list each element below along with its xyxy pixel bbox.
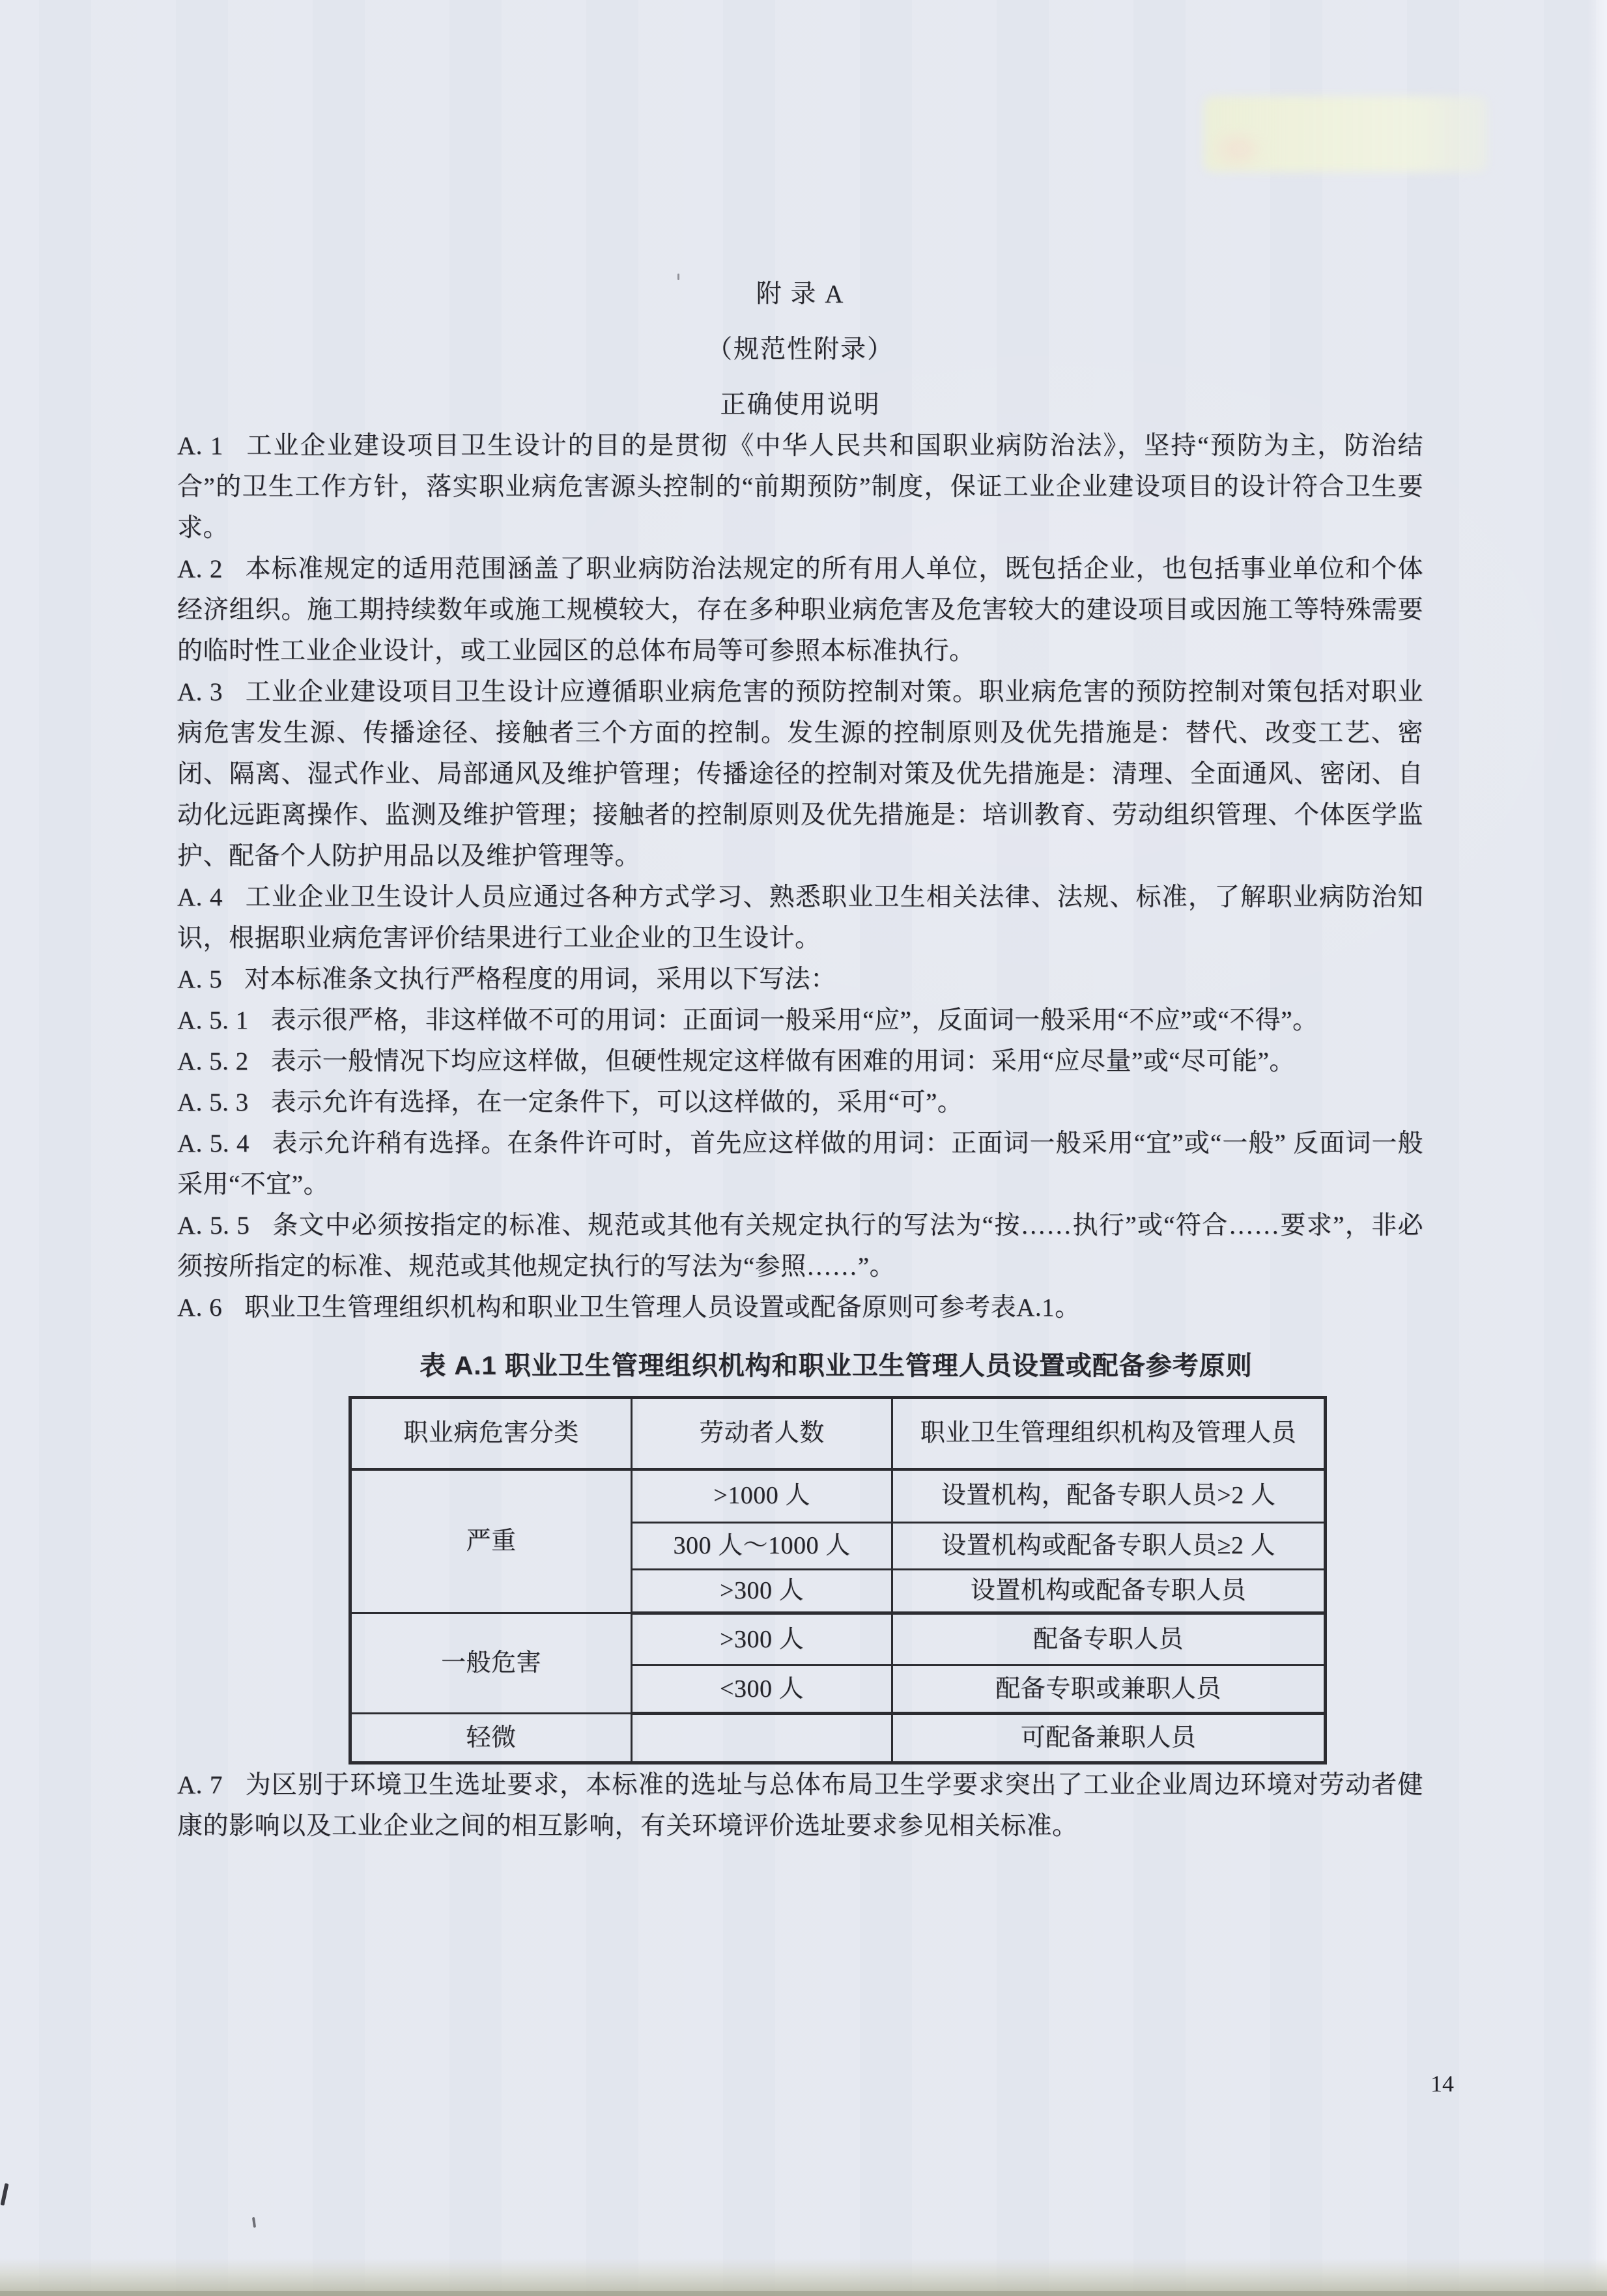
workers-cell: 300 人～1000 人 xyxy=(632,1523,892,1570)
section-a5-4: A. 5. 4表示允许稍有选择。在条件许可时，首先应这样做的用词：正面词一般采用… xyxy=(177,1123,1423,1205)
section-a5-1: A. 5. 1表示很严格，非这样做不可的用词：正面词一般采用“应”，反面词一般采… xyxy=(177,1000,1423,1041)
section-a5-3: A. 5. 3表示允许有选择，在一定条件下，可以这样做的，采用“可”。 xyxy=(177,1082,1423,1123)
section-a2-label: A. 2 xyxy=(177,555,223,583)
scan-speck xyxy=(252,2217,256,2228)
section-a5-4-text: 表示允许稍有选择。在条件许可时，首先应这样做的用词：正面词一般采用“宜”或“一般… xyxy=(177,1129,1423,1198)
section-a5-text: 对本标准条文执行严格程度的用词，采用以下写法： xyxy=(244,965,836,993)
section-a5-3-text: 表示允许有选择，在一定条件下，可以这样做的，采用“可”。 xyxy=(271,1088,963,1116)
workers-cell: >1000 人 xyxy=(632,1469,892,1523)
table-header-row: 职业病危害分类 劳动者人数 职业卫生管理组织机构及管理人员 xyxy=(350,1398,1326,1469)
section-a7-text: 为区别于环境卫生选址要求，本标准的选址与总体布局卫生学要求突出了工业企业周边环境… xyxy=(177,1771,1423,1840)
section-a4-text: 工业企业卫生设计人员应通过各种方式学习、熟悉职业卫生相关法律、法规、标准，了解职… xyxy=(177,883,1423,952)
section-a3-label: A. 3 xyxy=(177,678,223,706)
table-row: 轻微 可配备兼职人员 xyxy=(350,1714,1326,1763)
table-a1-title: 表 A.1 职业卫生管理组织机构和职业卫生管理人员设置或配备参考原则 xyxy=(348,1346,1324,1387)
section-a7: A. 7为区别于环境卫生选址要求，本标准的选址与总体布局卫生学要求突出了工业企业… xyxy=(177,1765,1423,1847)
section-a6: A. 6职业卫生管理组织机构和职业卫生管理人员设置或配备原则可参考表A.1。 xyxy=(177,1287,1423,1328)
section-a5-3-label: A. 5. 3 xyxy=(177,1088,249,1116)
scanned-document-page: 附 录 A （规范性附录） 正确使用说明 A. 1工业企业建设项目卫生设计的目的… xyxy=(0,0,1607,2296)
section-a7-label: A. 7 xyxy=(177,1771,223,1799)
workers-cell-empty xyxy=(632,1714,892,1763)
section-a3-text: 工业企业建设项目卫生设计应遵循职业病危害的预防控制对策。职业病危害的预防控制对策… xyxy=(177,678,1423,870)
section-a4-label: A. 4 xyxy=(177,883,223,911)
table-row: 严重 >1000 人 设置机构，配备专职人员>2 人 xyxy=(350,1469,1326,1523)
section-a5-1-label: A. 5. 1 xyxy=(177,1006,249,1034)
section-a3: A. 3工业企业建设项目卫生设计应遵循职业病危害的预防控制对策。职业病危害的预防… xyxy=(177,672,1423,877)
section-a1-text: 工业企业建设项目卫生设计的目的是贯彻《中华人民共和国职业病防治法》，坚持“预防为… xyxy=(177,432,1423,542)
section-a5-4-label: A. 5. 4 xyxy=(177,1129,249,1157)
scan-bottom-edge xyxy=(0,2291,1607,2296)
scan-right-edge xyxy=(1587,0,1607,2296)
org-cell: 配备专职人员 xyxy=(892,1613,1326,1665)
table-a1: 职业病危害分类 劳动者人数 职业卫生管理组织机构及管理人员 严重 >1000 人… xyxy=(348,1396,1327,1765)
page-number: 14 xyxy=(1430,2070,1454,2097)
section-a4: A. 4工业企业卫生设计人员应通过各种方式学习、熟悉职业卫生相关法律、法规、标准… xyxy=(177,877,1423,959)
table-row: 一般危害 >300 人 配备专职人员 xyxy=(350,1613,1326,1665)
org-cell: 设置机构或配备专职人员 xyxy=(892,1570,1326,1613)
category-general-cell: 一般危害 xyxy=(350,1613,632,1714)
workers-cell: >300 人 xyxy=(632,1570,892,1613)
section-a2-text: 本标准规定的适用范围涵盖了职业病防治法规定的所有用人单位，既包括企业，也包括事业… xyxy=(177,555,1423,665)
section-a5-2-label: A. 5. 2 xyxy=(177,1047,249,1075)
section-a2: A. 2本标准规定的适用范围涵盖了职业病防治法规定的所有用人单位，既包括企业，也… xyxy=(177,548,1423,672)
table-header-workers: 劳动者人数 xyxy=(632,1398,892,1469)
section-a1-label: A. 1 xyxy=(177,432,223,460)
workers-cell: >300 人 xyxy=(632,1613,892,1665)
highlighter-smudge xyxy=(1204,96,1488,172)
section-a5-5-text: 条文中必须按指定的标准、规范或其他有关规定执行的写法为“按……执行”或“符合……… xyxy=(177,1212,1423,1281)
section-a5-5: A. 5. 5条文中必须按指定的标准、规范或其他有关规定执行的写法为“按……执行… xyxy=(177,1205,1423,1287)
org-cell: 可配备兼职人员 xyxy=(892,1714,1326,1763)
workers-cell: <300 人 xyxy=(632,1665,892,1714)
table-header-category: 职业病危害分类 xyxy=(350,1398,632,1469)
section-a5-label: A. 5 xyxy=(177,965,222,993)
scan-speck xyxy=(1,2183,9,2206)
section-a6-label: A. 6 xyxy=(177,1294,222,1322)
scan-speck xyxy=(677,274,679,280)
section-a1: A. 1工业企业建设项目卫生设计的目的是贯彻《中华人民共和国职业病防治法》，坚持… xyxy=(177,425,1423,548)
section-a5-1-text: 表示很严格，非这样做不可的用词：正面词一般采用“应”，反面词一般采用“不应”或“… xyxy=(271,1006,1318,1034)
appendix-heading: 正确使用说明 xyxy=(177,384,1423,425)
org-cell: 配备专职或兼职人员 xyxy=(892,1665,1326,1714)
appendix-title: 附 录 A xyxy=(177,274,1423,315)
org-cell: 设置机构或配备专职人员≥2 人 xyxy=(892,1523,1326,1570)
section-a5-2: A. 5. 2表示一般情况下均应这样做，但硬性规定这样做有困难的用词：采用“应尽… xyxy=(177,1041,1423,1082)
category-slight-cell: 轻微 xyxy=(350,1714,632,1763)
appendix-subtitle: （规范性附录） xyxy=(177,329,1423,370)
table-header-org: 职业卫生管理组织机构及管理人员 xyxy=(892,1398,1326,1469)
section-a5-5-label: A. 5. 5 xyxy=(177,1212,249,1240)
section-a6-text: 职业卫生管理组织机构和职业卫生管理人员设置或配备原则可参考表A.1。 xyxy=(244,1294,1080,1322)
category-severe-cell: 严重 xyxy=(350,1469,632,1613)
section-a5: A. 5对本标准条文执行严格程度的用词，采用以下写法： xyxy=(177,959,1423,1000)
document-content: 附 录 A （规范性附录） 正确使用说明 A. 1工业企业建设项目卫生设计的目的… xyxy=(177,274,1423,1847)
section-a5-2-text: 表示一般情况下均应这样做，但硬性规定这样做有困难的用词：采用“应尽量”或“尽可能… xyxy=(271,1047,1295,1075)
org-cell: 设置机构，配备专职人员>2 人 xyxy=(892,1469,1326,1523)
